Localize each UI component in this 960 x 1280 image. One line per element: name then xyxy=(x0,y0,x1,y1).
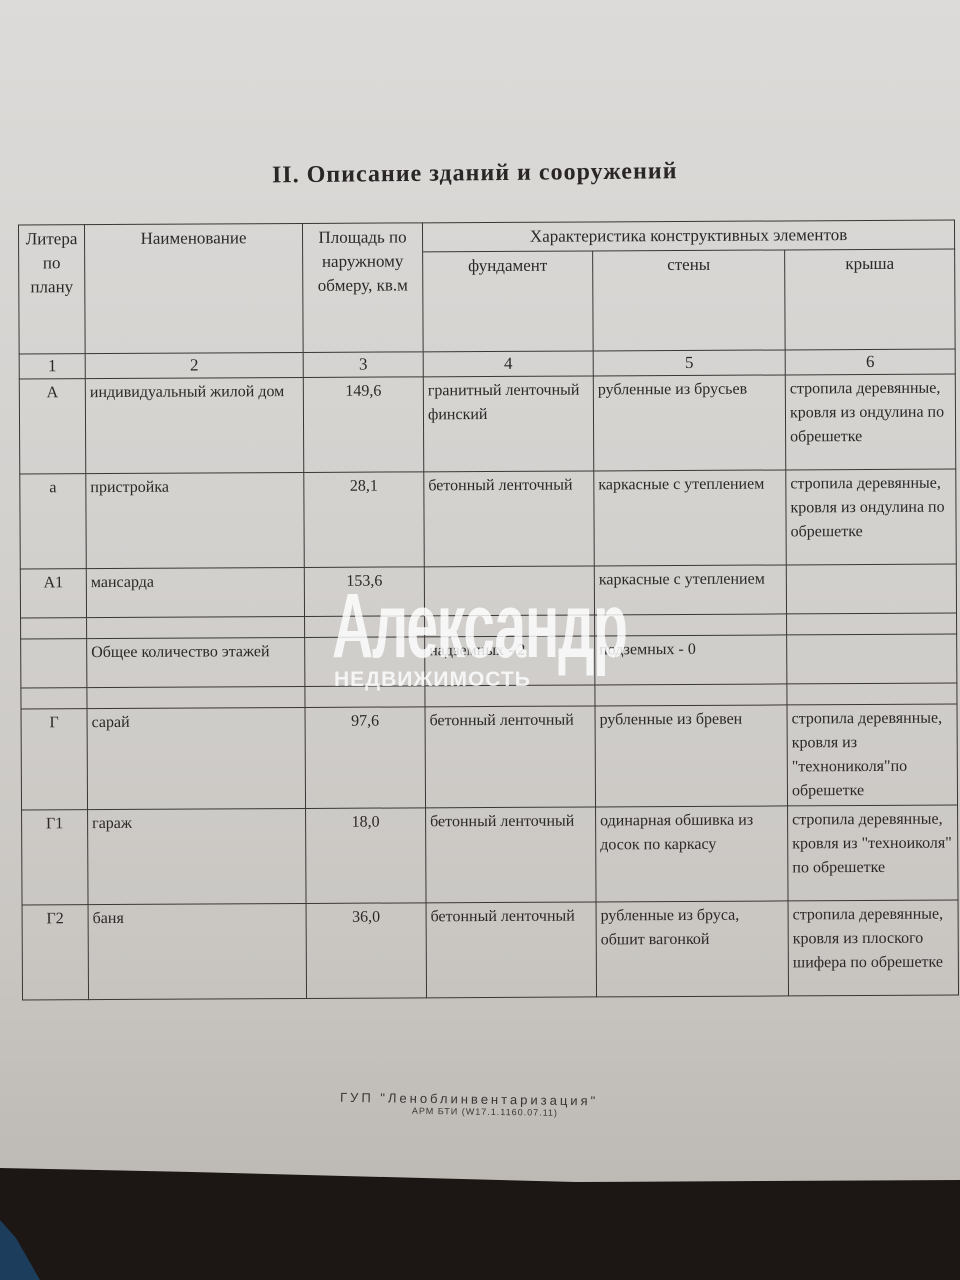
cell-foundation: бетонный ленточный xyxy=(425,706,596,808)
cell-name: индивидуальный жилой дом xyxy=(85,377,303,473)
cell-litera: Г xyxy=(21,709,88,810)
table-row: а пристройка 28,1 бетонный ленточный кар… xyxy=(20,469,957,569)
cell-roof xyxy=(787,683,957,705)
cell-foundation xyxy=(425,685,595,707)
cell-foundation: бетонный ленточный xyxy=(424,471,594,567)
cell-area: 28,1 xyxy=(304,472,424,568)
cell-litera: а xyxy=(20,474,86,569)
cell-floors-below: подземных - 0 xyxy=(595,635,787,685)
cell-litera: Г2 xyxy=(22,905,88,1000)
cell-litera: А1 xyxy=(20,569,86,618)
cell-roof: стропила деревянные, кровля из "техноико… xyxy=(788,805,959,901)
table-row: Общее количество этажей надземных - 2 по… xyxy=(21,634,957,688)
table-row: Г1 гараж 18,0 бетонный ленточный одинарн… xyxy=(22,805,959,905)
cell-foundation: гранитный ленточный финский xyxy=(423,376,593,472)
cell-litera: А xyxy=(19,379,85,474)
cell-area: 18,0 xyxy=(306,808,426,904)
cell-walls xyxy=(595,684,787,706)
cell-area: 153,6 xyxy=(304,567,424,617)
cell-name: Общее количество этажей xyxy=(87,637,305,687)
cell-walls: каркасные с утеплением xyxy=(594,565,786,615)
cell-walls: рубленные из брусьев xyxy=(593,375,785,471)
header-litera: Литера по плану xyxy=(18,225,85,354)
column-number: 5 xyxy=(593,350,785,376)
column-number: 4 xyxy=(423,351,593,377)
cell-foundation: бетонный ленточный xyxy=(426,807,596,903)
cell-roof: стропила деревянные, кровля из ондулина … xyxy=(785,374,956,470)
cell-area xyxy=(305,686,425,708)
cell-area xyxy=(305,637,425,687)
background-object xyxy=(0,1220,40,1280)
cell-foundation xyxy=(424,566,594,616)
cell-roof: стропила деревянные, кровля из "техноник… xyxy=(787,704,958,806)
cell-name: пристройка xyxy=(86,472,304,568)
header-characteristics: Характеристика конструктивных элементов xyxy=(422,220,954,252)
column-number: 1 xyxy=(19,354,85,379)
cell-roof xyxy=(786,564,956,614)
header-walls: стены xyxy=(593,250,786,351)
table-row: А1 мансарда 153,6 каркасные с утеплением xyxy=(20,564,956,618)
cell-floors-above: надземных - 2 xyxy=(425,636,595,686)
table-row: А индивидуальный жилой дом 149,6 гранитн… xyxy=(19,374,956,474)
header-area: Площадь по наружному обмеру, кв.м xyxy=(302,223,423,353)
column-number: 3 xyxy=(303,352,423,378)
cell-area: 149,6 xyxy=(303,377,423,473)
cell-name xyxy=(87,686,305,708)
footer-stamp: ГУП "Леноблинвентаризация" АРМ БТИ (W17.… xyxy=(340,1090,660,1119)
section-title: II. Описание зданий и сооружений xyxy=(272,158,732,190)
cell-name: гараж xyxy=(88,808,306,904)
cell-area: 97,6 xyxy=(305,707,426,809)
cell-name: сарай xyxy=(87,707,306,809)
cell-foundation xyxy=(425,615,595,637)
header-foundation: фундамент xyxy=(423,251,594,352)
cell-foundation: бетонный ленточный xyxy=(426,902,596,998)
cell-walls: каркасные с утеплением xyxy=(594,470,786,566)
cell-walls: одинарная обшивка из досок по каркасу xyxy=(596,806,788,902)
cell-walls: рубленные из бруса, обшит вагонкой xyxy=(596,901,788,997)
cell-area: 36,0 xyxy=(306,903,426,999)
cell-litera xyxy=(21,618,87,639)
cell-roof xyxy=(787,613,957,635)
table-row: Г2 баня 36,0 бетонный ленточный рубленны… xyxy=(22,900,959,1000)
cell-name: мансарда xyxy=(86,567,304,617)
cell-name: баня xyxy=(88,903,306,999)
cell-litera xyxy=(21,639,87,688)
cell-roof: стропила деревянные, кровля из плоского … xyxy=(788,900,959,996)
column-number: 2 xyxy=(85,352,303,378)
cell-walls xyxy=(595,614,787,636)
cell-litera: Г1 xyxy=(22,810,88,905)
column-number: 6 xyxy=(785,349,955,375)
cell-area xyxy=(305,616,425,638)
table-row: Г сарай 97,6 бетонный ленточный рубленны… xyxy=(21,704,958,810)
header-roof: крыша xyxy=(785,249,956,350)
cell-walls: рубленные из бревен xyxy=(595,705,788,807)
cell-roof xyxy=(787,634,957,684)
cell-name xyxy=(87,616,305,638)
buildings-table: Литера по плану Наименование Площадь по … xyxy=(18,220,959,1001)
cell-roof: стропила деревянные, кровля из ондулина … xyxy=(786,469,957,565)
header-name: Наименование xyxy=(84,223,303,353)
cell-litera xyxy=(21,688,87,709)
